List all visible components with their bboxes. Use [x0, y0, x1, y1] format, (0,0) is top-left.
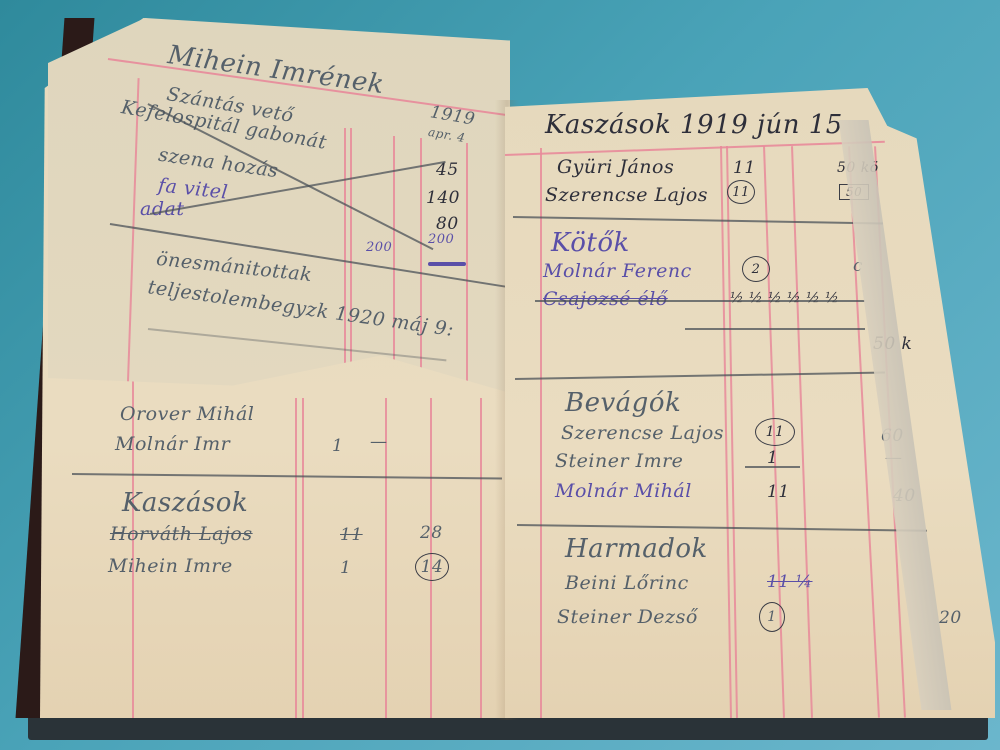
section-divider — [72, 473, 502, 479]
ledger-name: Beini Lőrinc — [565, 572, 689, 594]
column-rule — [350, 128, 352, 398]
section-title: Harmadok — [565, 534, 708, 564]
ledger-name: Steiner Imre — [555, 450, 683, 472]
strike-line — [535, 300, 865, 302]
circled-qty: 2 — [742, 256, 770, 282]
circled-qty: 11 — [727, 180, 755, 204]
column-rule — [466, 143, 468, 398]
amount: 200 — [366, 240, 392, 255]
ledger-amount: 28 — [420, 523, 443, 543]
ledger-name: Gyüri János — [557, 156, 674, 178]
ledger-qty: 1 — [767, 448, 778, 468]
section-divider — [517, 524, 927, 531]
circled-qty: 1 — [759, 602, 785, 632]
section-divider — [513, 216, 883, 224]
amount: 200 — [428, 232, 454, 247]
amount-text: 14 — [421, 557, 444, 577]
margin-rule — [540, 148, 542, 718]
margin-rule — [126, 78, 139, 398]
underline — [685, 328, 865, 330]
column-rule — [393, 136, 395, 396]
page-header: Kaszások 1919 jún 15 — [545, 110, 843, 140]
ledger-qty: 11 — [733, 158, 756, 178]
ledger-qty: 1 — [340, 558, 351, 578]
ledger-qty: 11 — [340, 525, 363, 545]
section-title: Bevágók — [565, 388, 681, 418]
ledger-name: Molnár Ferenc — [543, 260, 692, 282]
ledger-name: Szerencse Lajos — [545, 184, 708, 206]
column-rule — [302, 398, 304, 718]
section-title: Kaszások — [122, 488, 248, 518]
column-rule — [295, 398, 297, 718]
ledger-name: Molnár Imr — [115, 433, 230, 455]
scribble-mark — [428, 262, 466, 266]
left-page-torn-upper: Mihein Imrének 1919 apr. 4 Szántás vető … — [48, 18, 510, 393]
ledger-qty-struck: 11 ¼ — [767, 572, 813, 592]
section-title: Kötők — [551, 228, 630, 258]
ledger-name: Mihein Imre — [108, 555, 233, 577]
qty-text: 2 — [752, 262, 761, 277]
ledger-mark: — — [370, 432, 388, 452]
ledger-amount: 20 — [939, 608, 962, 628]
underline — [745, 466, 800, 468]
ledger-name: Szerencse Lajos — [561, 422, 724, 444]
column-rule — [420, 138, 422, 398]
circled-amount: 14 — [415, 553, 449, 581]
qty-text: 1 — [767, 609, 776, 625]
fraction-marks: ½ ½ ½ ½ ½ ½ — [730, 290, 839, 306]
column-rule — [344, 128, 346, 398]
ledger-qty: 11 — [767, 482, 790, 502]
section-divider — [515, 372, 885, 380]
ledger-name-struck: Csajozsé élő — [543, 288, 668, 310]
ledger-name: Steiner Dezső — [557, 606, 698, 628]
header-rule — [505, 141, 885, 156]
qty-text: 11 — [766, 424, 785, 440]
ledger-name: Molnár Mihál — [555, 480, 692, 502]
amount: 80 — [436, 214, 459, 234]
header-subdate: apr. 4 — [427, 125, 466, 145]
ledger-name: Orover Mihál — [120, 403, 254, 425]
qty-text: 11 — [732, 185, 750, 200]
circled-qty: 11 — [755, 418, 795, 446]
column-rule — [480, 398, 482, 718]
amount: 140 — [426, 188, 460, 208]
note-text: teljestolembegyzk 1920 máj 9: — [146, 276, 455, 341]
ledger-name: Horváth Lajos — [110, 523, 253, 545]
ledger-qty: 1 — [332, 436, 343, 456]
